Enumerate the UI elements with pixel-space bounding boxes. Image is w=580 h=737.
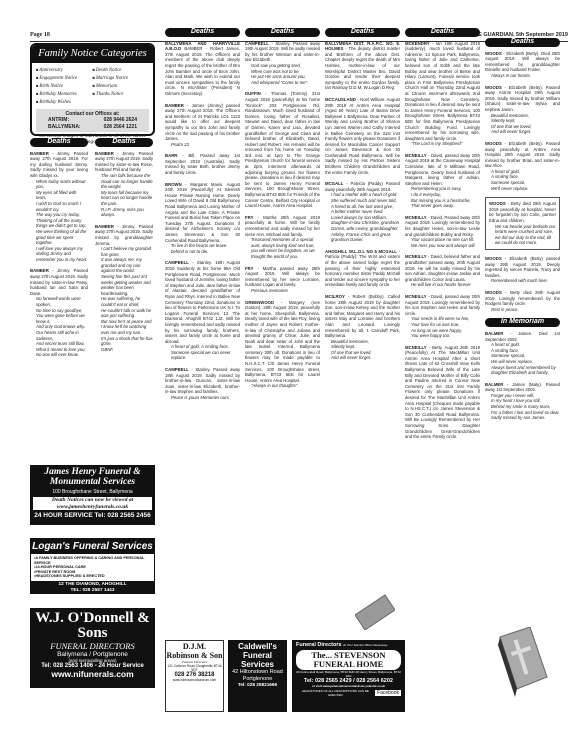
notice-verse: Peace is yours Memories ours <box>165 395 240 401</box>
notice-name: CAMPBELL <box>245 41 269 46</box>
notice-verse: Always in our hearts. <box>485 73 560 79</box>
category-item: Memoriam <box>93 82 150 90</box>
death-notice: WOODS - Elizabeth (Betty). Died 29th Aug… <box>485 51 560 79</box>
phone-number: TEL: 028 2587 1443 <box>31 587 154 594</box>
notice-verse: Forget you I never will, In my heart I l… <box>485 393 560 421</box>
notice-text: - Robert (Bobby). Called home 28th Augus… <box>325 294 400 338</box>
death-notice: MCGALL - Patricia (Paddy) Passed away pe… <box>325 181 400 243</box>
deaths-heading: Deaths <box>405 28 480 37</box>
phone-number: Tel: 028 25821666 <box>228 682 287 687</box>
death-notice: WOODS - Elizabeth (Betty). Passed away A… <box>485 85 560 135</box>
notice-verse: Beautiful memories, Silently kept, Of on… <box>325 339 400 361</box>
notice-name: MCILROY <box>325 294 345 299</box>
death-notice: CAMPBELL - Stanley. 19th August 2019 Sud… <box>165 260 240 361</box>
notice-name: WOODS <box>485 51 502 56</box>
notice-text: - Margaret Mavis. August 24th 2019 (Peac… <box>165 182 240 243</box>
notice-name: WOODS <box>485 256 502 261</box>
category-item: Birth Notice <box>36 82 93 90</box>
notice-name: WOODS <box>485 85 502 90</box>
notice-verse: Rest in peace. <box>485 307 560 313</box>
notice-verse: God saw you getting tired, When cure was… <box>245 63 320 85</box>
deaths-heading: Deaths <box>325 28 400 37</box>
notice-verse: I can't believe my grandad has gone, It … <box>95 246 153 352</box>
notice-name: MCNEILLY <box>405 345 427 350</box>
category-item: Marriage Notice <box>93 74 150 82</box>
notice-name: WOODS <box>485 141 502 146</box>
death-notice: MCKENDRY - Ian 19th August 2019 (suddenl… <box>405 41 480 147</box>
notice-name: MCNEILLY <box>405 294 427 299</box>
category-item: Engagement Notice <box>36 74 93 82</box>
notice-name: BROWN <box>165 182 182 187</box>
website-link[interactable]: Death Notices can now be viewed at www.j… <box>33 497 152 510</box>
notice-name: MCNEILLY <box>405 153 427 158</box>
notice-name: WOODS <box>485 290 502 295</box>
column-3: DeathsBALLYMENA AND HARRYVILLE A.B.O.D B… <box>165 28 240 498</box>
notice-verse: Your vacant place no-one can fill. We mi… <box>405 237 480 248</box>
deaths-heading: Deaths <box>245 28 320 37</box>
death-notice: WOODS - Betty died 29th August 2019. Lov… <box>485 290 560 312</box>
death-notice: WOODS - Betty died 29th August 2019 peac… <box>485 197 560 250</box>
category-item: Birthday Memories <box>36 90 93 98</box>
column-2: DeathsBAMBER - Jimmy. Passed away 27th A… <box>95 138 153 358</box>
notice-name: MCKENDRY <box>405 41 430 46</box>
death-notice: DUFFIN - Thomas (Tommy) 31st August 2019… <box>245 91 320 208</box>
notice-name: MCNEILLY <box>405 215 427 220</box>
death-notice: CAMPBELL - Stanley. Passed away 19th Aug… <box>245 41 320 86</box>
death-notice: MCCAUSLAND - Noel William. August 28th 2… <box>325 97 400 175</box>
notice-text: - Margery (nee Gaston), 28th August 2019… <box>245 300 320 383</box>
notice-name: GREENWOOD <box>245 300 274 305</box>
notice-name: BAMBER <box>165 103 184 108</box>
notice-verse: No farewell words were spoken, No time t… <box>30 296 88 358</box>
categories-title: Family Notice Categories <box>32 45 153 63</box>
notice-text: - Stanley. 19th August 2019 Suddenly at … <box>165 260 240 343</box>
death-notice: MCNEILLY - David, passed away 20th Augus… <box>405 294 480 339</box>
death-notice: FRY - Martha passed away 28th August 201… <box>245 266 320 294</box>
death-notice: GREENWOOD - Margery (nee Gaston), 28th A… <box>245 300 320 390</box>
column-6: DeathsMCKENDRY - Ian 19th August 2019 (s… <box>405 28 480 638</box>
notice-verse: A heart of gold, A smiling face, Someone… <box>485 342 560 376</box>
stevenson-ad: Funeral Directors At Your Service When N… <box>292 640 405 712</box>
notice-text: - Ian 19th August 2019 (suddenly), much … <box>405 41 480 141</box>
column-8: DeathsWOODS - Elizabeth (Betty). Died 29… <box>485 38 560 618</box>
notice-name: MCNEILLY <box>405 254 427 259</box>
notice-text: - Noel William. August 28th 2019 At Antr… <box>325 97 400 175</box>
notice-verse: Beautiful memories, Silently kept, Of on… <box>485 113 560 135</box>
death-notice: BALLYMENA AND HARRYVILLE A.B.O.D BAMBER … <box>165 41 240 97</box>
notice-verse: We sat beside your bedside our hearts we… <box>489 224 556 246</box>
notice-verse: "Always in our thoughts" <box>245 383 320 389</box>
notice-name: CAMPBELL <box>165 260 189 265</box>
notice-verse: A heart of gold, A smiling face, Someone… <box>485 169 560 191</box>
notice-verse: I had a mother with a heart of gold. She… <box>325 192 400 242</box>
notice-text: - Martha passed away 28th August 2019. W… <box>245 266 320 288</box>
notice-name: AHOGHILL W.L.O.L NO 5 MCGALL <box>325 249 397 254</box>
death-notice: MCNEILLY - David, beloved father and gra… <box>405 254 480 288</box>
phone-number: 24 HOUR SERVICE Tel: 028 2565 2456 <box>30 512 155 519</box>
notice-name: MCCAUSLAND <box>325 97 356 102</box>
death-notice: WOODS - Elizabeth (Betty) passed away 29… <box>485 256 560 284</box>
death-notice: BAMBER - Jimmy. Passed away 27th August … <box>95 224 153 353</box>
notice-name: BAMBER <box>95 151 114 156</box>
category-item: Birthday Wishes <box>36 98 93 106</box>
notice-text: - David, passed away 20th August 2019 at… <box>405 153 480 186</box>
death-notice: BARR - Bill. Passed away 1st September 2… <box>165 153 240 175</box>
death-notice: CAMPBELL - Stanley. Passed away 19th Aug… <box>165 367 240 401</box>
logans-ad: Logan's Funeral Services •A FAMILY BUSIN… <box>30 538 155 594</box>
notice-verse: Remembering you is easy, I do it everyda… <box>405 186 480 208</box>
deaths-heading: Deaths <box>30 138 88 147</box>
category-item: Thanks Notice <box>93 90 150 98</box>
james-henry-ad: James Henry Funeral & Monumental Service… <box>30 465 155 525</box>
notice-name: BALMER <box>485 382 503 387</box>
column-4: DeathsCAMPBELL - Stanley. Passed away 19… <box>245 28 320 638</box>
in-memoriam-heading: In Memoriam <box>485 318 560 327</box>
notice-name: DUFFIN <box>245 91 261 96</box>
death-notice: BALLYMENA DIST. R.A.P.C. NO. 8. HOLMES -… <box>325 41 400 91</box>
death-notice: BAMBER - Jimmy. Passed away 27th August … <box>95 151 153 218</box>
notice-name: MCGALL <box>325 181 343 186</box>
page-number: Page 18 <box>30 32 50 38</box>
notice-name: FRY <box>245 215 253 220</box>
bible-cross-icon <box>495 627 550 697</box>
death-notice: BAMBER - Jimmy. Passed away 27th August … <box>30 151 88 263</box>
notice-verse: Psalm 23 <box>165 142 240 148</box>
notice-text: - The deputy district master and Brethre… <box>325 46 400 90</box>
notice-name: BALMER <box>485 331 503 336</box>
djm-robinson-ad: D.J.M. Robinson & Son Funeral Directors … <box>165 640 224 712</box>
column-1: DeathsBAMBER - Jimmy. Passed away 27th A… <box>30 138 88 364</box>
notice-name: CAMPBELL <box>165 367 189 372</box>
notice-verse: The rain falls because the cloud can no … <box>95 173 153 218</box>
death-notice: BAMBER - James (Jimmy) passed away 27th … <box>165 103 240 148</box>
death-notice: AHOGHILL W.L.O.L NO 5 MCGALL - Patricia … <box>325 249 400 288</box>
death-notice: MCILROY - Robert (Bobby). Called home 28… <box>325 294 400 361</box>
phone-number: 028 2564 1221 <box>104 124 137 131</box>
notice-name: FRY <box>245 266 253 271</box>
notice-name: WOODS <box>489 201 506 206</box>
notice-name: BAMBER <box>95 224 114 229</box>
website-link[interactable]: www.robinsonsofcalcrum.com <box>166 678 223 682</box>
caldwells-ad: Caldwell's Funeral Services 42 Hiltonsto… <box>228 640 287 712</box>
notice-text: - Patricia (Paddy): The W.M and sisters … <box>325 249 400 288</box>
deaths-heading: Deaths <box>95 138 153 147</box>
service-item: •A FAMILY BUSINESS OFFERING A CARING AND… <box>34 556 151 565</box>
notice-verse: Precious memories <box>245 288 320 294</box>
death-notice: BROWN - Margaret Mavis. August 24th 2019… <box>165 182 240 255</box>
death-notice: MCNEILLY - David. Passed away 20th Augus… <box>405 215 480 249</box>
office-ballymena: BALLYMENA:028 2564 1221 <box>38 124 147 131</box>
column-5: DeathsBALLYMENA DIST. R.A.P.C. NO. 8. HO… <box>325 28 400 638</box>
notice-verse: Remembered with much love. <box>485 278 560 284</box>
notice-name: BAMBER <box>30 268 49 273</box>
category-item: Death Notice <box>93 66 150 74</box>
notice-name: BARR <box>165 153 177 158</box>
notice-text: - Martha 28th August 2019 peacefully at … <box>245 215 320 237</box>
categories-list: AnniversaryDeath NoticeEngagement Notice… <box>32 63 153 106</box>
website-link[interactable]: www.nifunerals.com <box>30 669 155 679</box>
death-notice: BALMER - James. Died 1st September 2002.… <box>485 331 560 376</box>
notice-verse: He will live in our hearts forever <box>405 282 480 288</box>
notice-verse: To live in the hearts we leave behind is… <box>165 243 240 254</box>
death-notice: WOODS - Elizabeth (Betty). Passed away p… <box>485 141 560 191</box>
category-item: Anniversary <box>36 66 93 74</box>
contact-box: Contact our Offices at: ANTRIM:028 9446 … <box>36 109 149 132</box>
death-notice: FRY - Martha 28th August 2019 peacefully… <box>245 215 320 260</box>
notice-text: - Thomas (Tommy) 31st August 2019 (peace… <box>245 91 320 208</box>
notice-verse: Treasured memories of a special aunt, al… <box>245 237 320 259</box>
death-notice: BAMBER - Jimmy. Passed away 27th August … <box>30 268 88 358</box>
bible-icon <box>355 585 395 630</box>
notice-name: BAMBER <box>30 151 49 156</box>
family-notice-categories: Family Notice Categories AnniversaryDeat… <box>30 43 155 136</box>
death-notice: MCNEILLY - Betty. August 26th 2019 (Peac… <box>405 345 480 440</box>
services-list: •A FAMILY BUSINESS OFFERING A CARING AND… <box>31 554 154 581</box>
facebook-link[interactable]: Facebook <box>375 690 401 696</box>
service-item: •HEADSTONES SUPPLIED & ERECTED <box>34 574 151 579</box>
notice-verse: When today starts without you, My eyes a… <box>30 179 88 263</box>
notice-text: - James (Jimmy) passed away 27th August … <box>165 103 240 142</box>
odonnell-ad: W.J. O'Donnell & Sons FUNERAL DIRECTORS … <box>30 608 155 688</box>
notice-verse: "The Lord is my Shepherd" <box>405 141 480 147</box>
deaths-heading: Deaths <box>165 28 240 37</box>
deaths-heading: Deaths <box>485 38 560 47</box>
notice-text: - Bill. Passed away 1st September 2019 (… <box>165 153 240 175</box>
death-notice: BALMER - James (Maty). Passed away 1st S… <box>485 382 560 421</box>
notice-text: BAMBER - Robert James, 27th August 2019.… <box>165 46 240 96</box>
notice-text: - Betty. August 26th 2019 (Peacefully) A… <box>405 345 480 440</box>
notice-verse: A heart of gold, A smiling face, Someone… <box>165 344 240 361</box>
death-notice: MCNEILLY - David, passed away 20th Augus… <box>405 153 480 209</box>
notice-verse: Your needs in life were so few, Your lov… <box>405 316 480 338</box>
